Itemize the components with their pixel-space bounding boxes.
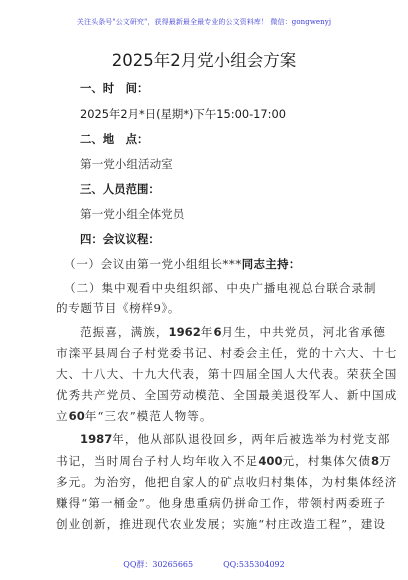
section-content-location: 第一党小组活动室 — [80, 156, 358, 172]
section-content-attendees: 第一党小组全体党员 — [80, 206, 358, 222]
paragraph-1-line-1: 范振喜，满族，1962年6月生，中共党员，河北省承德 — [80, 324, 382, 340]
text-run: 立 — [56, 409, 69, 423]
text-run: 年 — [201, 325, 214, 339]
paragraph-2-line-5: 创业创新，推进现代农业发展；实施“村庄改造工程”，建设 — [56, 516, 358, 532]
document-title: 2025年2月党小组会方案 — [0, 47, 408, 71]
paragraph-2-line-3: 多元。为治穷，他把自家人的矿点收归村集体，为村集体经济 — [56, 474, 358, 490]
section-content-time: 2025年2月*日(星期*)下午15:00-17:00 — [80, 106, 358, 122]
paragraph-1-line-2: 市滦平县周台子村党委书记、村委会主任，党的十六大、十七 — [56, 345, 358, 361]
paragraph-1-line-5: 立60年“三农”模范人物等。 — [56, 408, 358, 424]
text-run: 万 — [379, 454, 392, 468]
document-page: 关注头条号"公文研究"，获得最新最全最专业的公文资料库！ 微信：gongweny… — [0, 0, 408, 580]
section-heading-attendees: 三、人员范围： — [80, 181, 358, 197]
section-heading-time: 一、时 间： — [80, 80, 358, 96]
footer-qq: QQ:535304092 — [223, 560, 285, 569]
footer-qq-group: QQ群：30265665 — [123, 560, 193, 569]
paragraph-1-line-3: 大、十八大、十九大代表，第十四届全国人大代表。荣获全国 — [56, 366, 358, 382]
agenda-item-1: （一）会议由第一党小组组长***同志主持： — [64, 256, 366, 272]
agenda-item-1-prefix: （一）会议由第一党小组组长*** — [64, 257, 242, 271]
agenda-item-2-line-2: 的专题节目《榜样9》。 — [56, 300, 358, 316]
agenda-item-1-suffix: 同志主持： — [242, 257, 301, 271]
text-run: 月生，中共党员，河北省承德 — [222, 325, 386, 339]
section-heading-agenda: 四：会议议程： — [80, 231, 358, 247]
footer-contact: QQ群：30265665QQ:535304092 — [0, 559, 408, 570]
text-run: 年“三农”模范人物等。 — [85, 409, 213, 423]
text-run: 书记，当时周台子村人均年收入不足 — [56, 454, 258, 468]
text-run-number: 8 — [371, 454, 379, 468]
paragraph-1-line-4: 优秀共产党员、全国劳动模范、全国最美退役军人、新中国成 — [56, 387, 358, 403]
paragraph-2-line-1: 1987年，他从部队退役回乡，两年后被选举为村党支部 — [80, 431, 382, 447]
text-run: 范振喜，满族， — [80, 325, 169, 339]
paragraph-2-line-4: 赚得“第一桶金”。他身患重病仍拼命工作，带领村两委班子 — [56, 495, 358, 511]
agenda-item-2-line-1: （二）集中观看中央组织部、中央广播电视总台联合录制 — [64, 280, 366, 296]
text-run: 元，村集体欠债 — [283, 454, 372, 468]
text-run-number: 1962 — [169, 325, 201, 339]
header-banner: 关注头条号"公文研究"，获得最新最全最专业的公文资料库！ 微信：gongweny… — [0, 17, 408, 27]
text-run-number: 6 — [213, 325, 221, 339]
section-heading-location: 二、地 点： — [80, 131, 358, 147]
text-run: 年，他从部队退役回乡，两年后被选举为村党支部 — [112, 432, 390, 446]
text-run-number: 400 — [258, 454, 282, 468]
text-run-number: 60 — [69, 409, 85, 423]
paragraph-2-line-2: 书记，当时周台子村人均年收入不足400元，村集体欠债8万 — [56, 453, 358, 469]
text-run-number: 1987 — [80, 432, 112, 446]
